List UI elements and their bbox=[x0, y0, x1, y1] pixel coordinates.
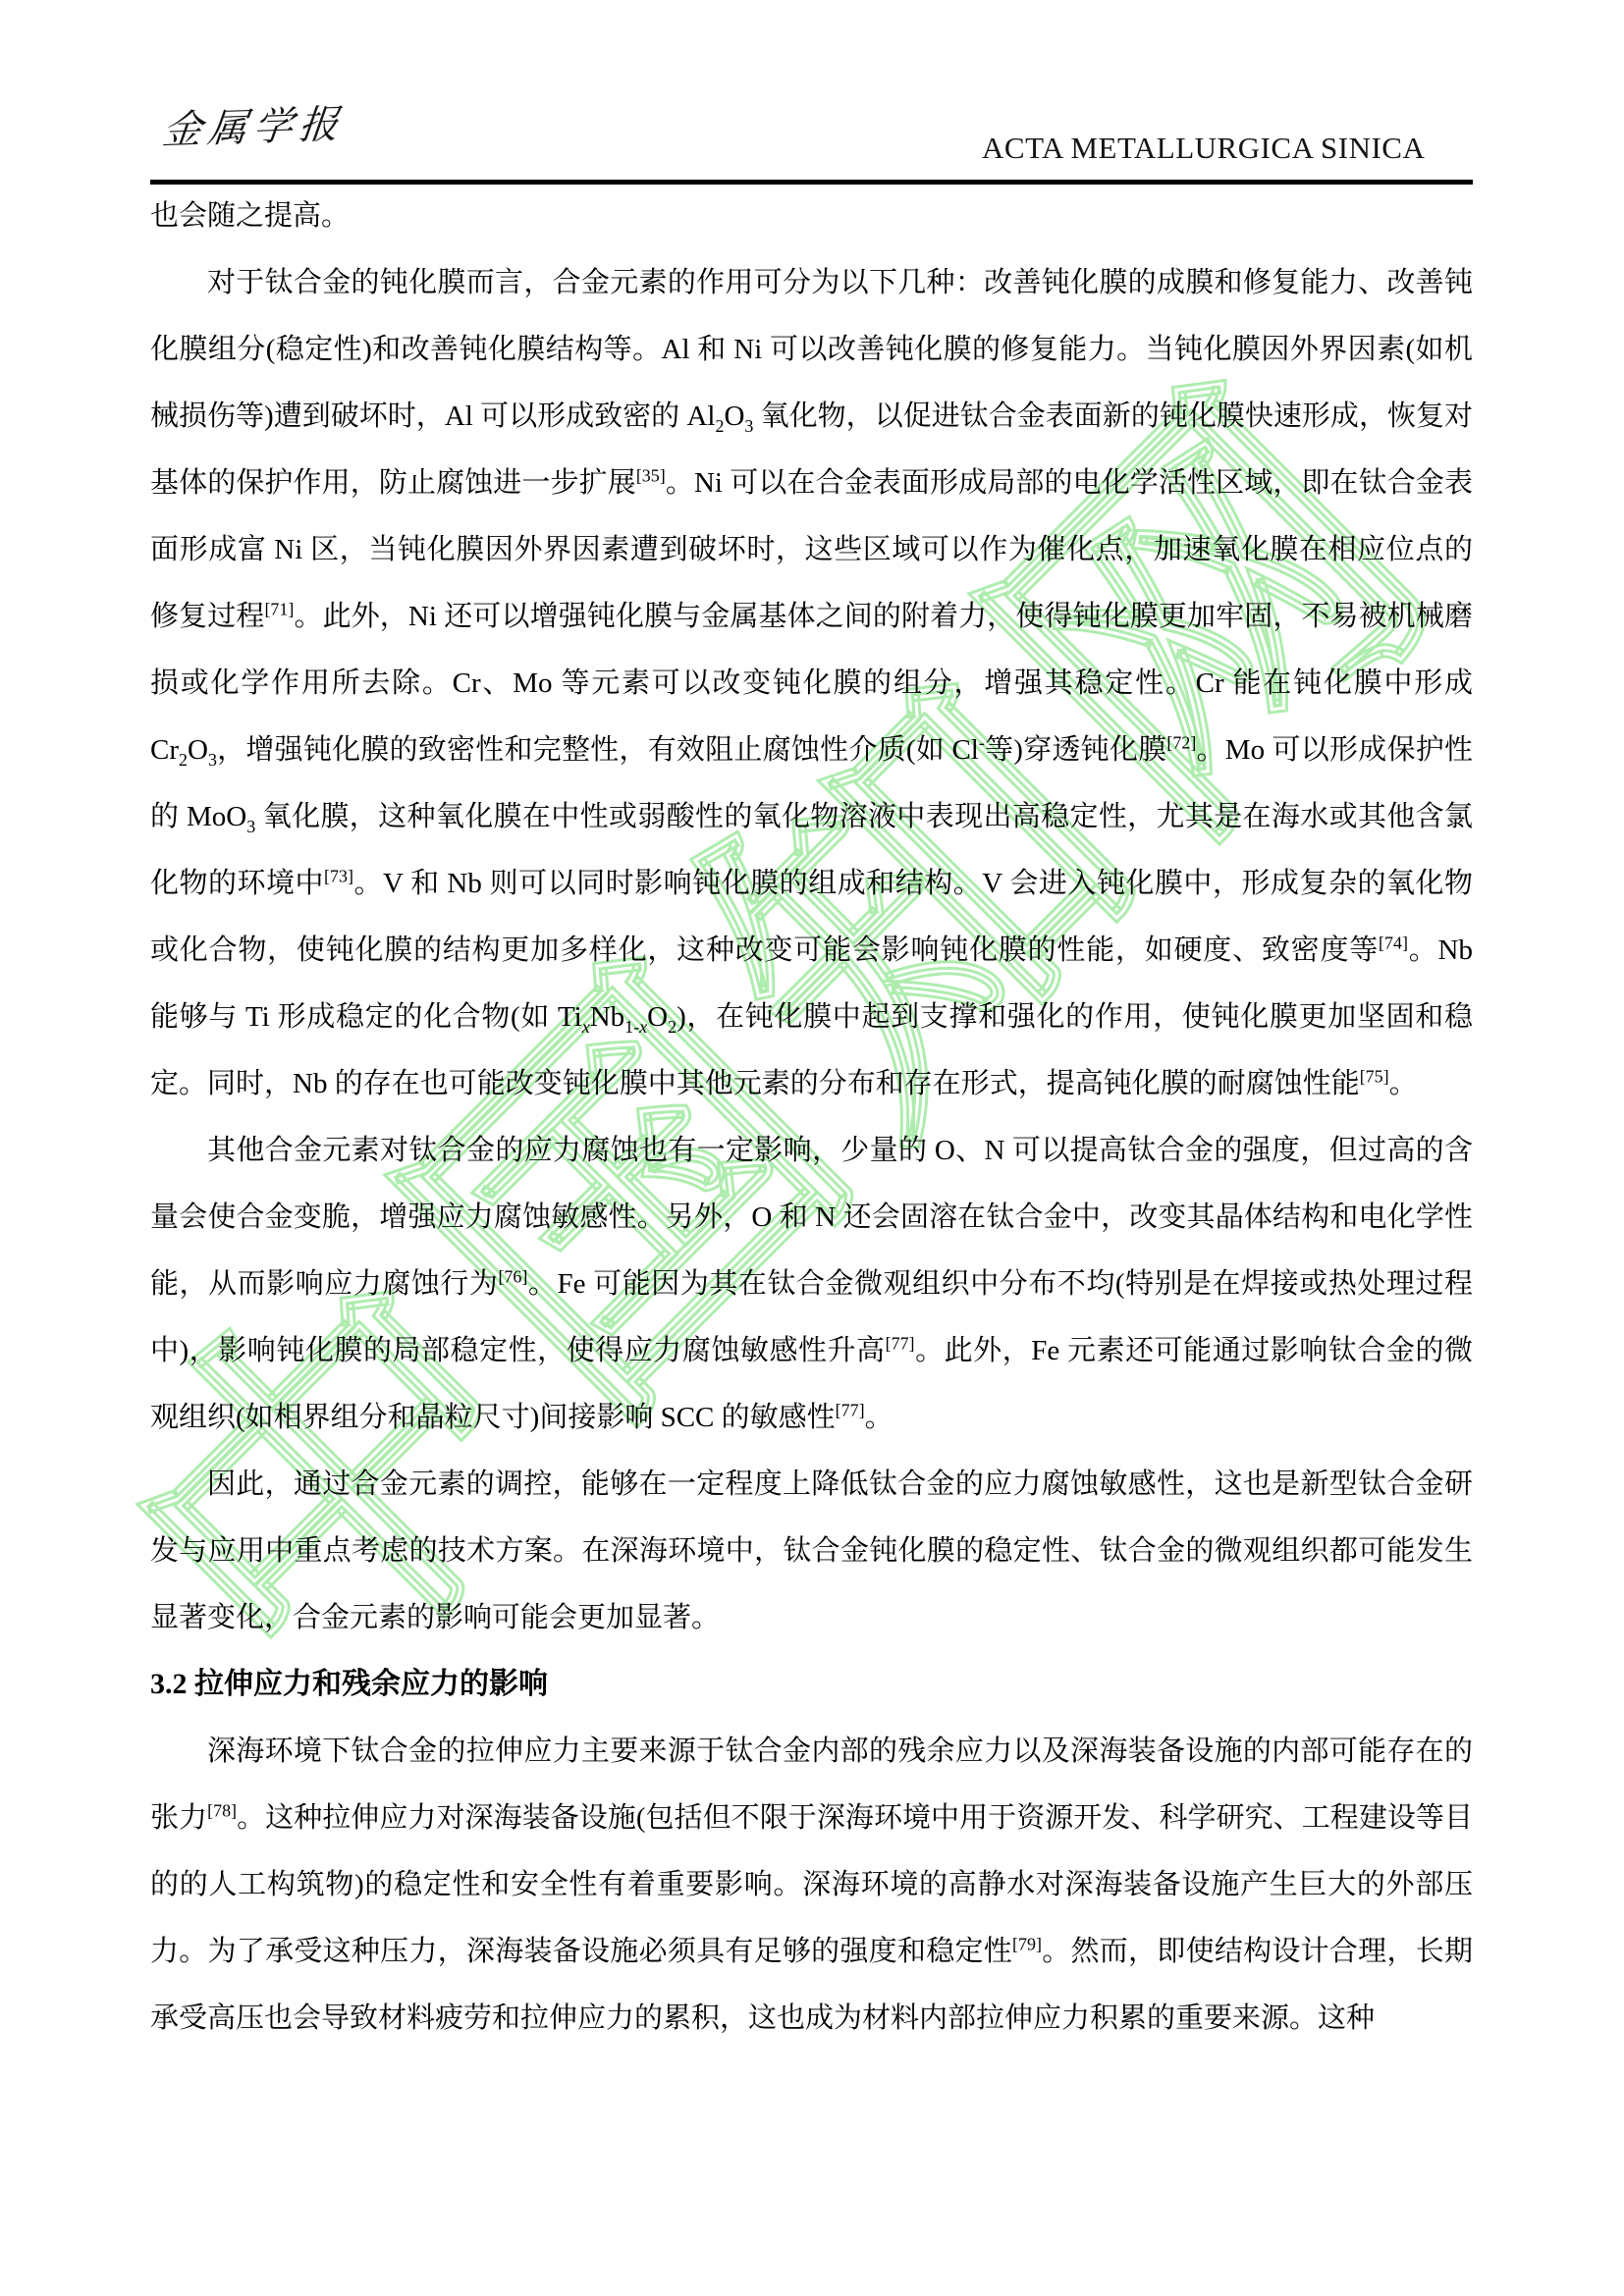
chem-subscript: 3 bbox=[208, 750, 217, 770]
chem-subscript: 2 bbox=[668, 1017, 677, 1037]
paragraph: 因此，通过合金元素的调控，能够在一定程度上降低钛合金的应力腐蚀敏感性，这也是新型… bbox=[150, 1451, 1473, 1651]
citation-ref: [76] bbox=[498, 1266, 527, 1286]
citation-ref: [72] bbox=[1166, 732, 1196, 752]
citation-ref: [74] bbox=[1379, 933, 1408, 952]
citation-ref: - bbox=[979, 732, 985, 752]
citation-ref: [71] bbox=[264, 599, 294, 618]
document-page: 中国知网 金属学报 ACTA METALLURGICA SINICA 也会随之提… bbox=[0, 0, 1624, 2296]
citation-ref: [79] bbox=[1012, 1934, 1042, 1953]
section-heading: 3.2 拉伸应力和残余应力的影响 bbox=[150, 1651, 1473, 1718]
chem-subscript: x bbox=[639, 1017, 647, 1037]
paragraph: 深海环境下钛合金的拉伸应力主要来源于钛合金内部的残余应力以及深海装备设施的内部可… bbox=[150, 1718, 1473, 2052]
citation-ref: [77] bbox=[886, 1333, 915, 1353]
citation-ref: [78] bbox=[207, 1800, 237, 1820]
chem-subscript: 3 bbox=[744, 416, 753, 436]
citation-ref: [73] bbox=[324, 866, 353, 885]
chem-subscript: 2 bbox=[179, 750, 188, 770]
paragraph: 其他合金元素对钛合金的应力腐蚀也有一定影响，少量的 O、N 可以提高钛合金的强度… bbox=[150, 1117, 1473, 1451]
chem-subscript: 3 bbox=[246, 817, 255, 836]
chem-subscript: 1- bbox=[624, 1017, 639, 1037]
journal-name-latin: ACTA METALLURGICA SINICA bbox=[982, 132, 1425, 165]
citation-ref: [35] bbox=[636, 465, 666, 485]
paragraph: 也会随之提高。 bbox=[150, 183, 1473, 249]
paragraph: 对于钛合金的钝化膜而言，合金元素的作用可分为以下几种：改善钝化膜的成膜和修复能力… bbox=[150, 249, 1473, 1117]
journal-logo: 金属学报 bbox=[160, 103, 346, 152]
article-body: 也会随之提高。对于钛合金的钝化膜而言，合金元素的作用可分为以下几种：改善钝化膜的… bbox=[150, 183, 1473, 2052]
chem-subscript: x bbox=[582, 1017, 590, 1037]
chem-subscript: 2 bbox=[715, 416, 724, 436]
citation-ref: [75] bbox=[1360, 1066, 1389, 1086]
citation-ref: [77] bbox=[836, 1400, 865, 1419]
